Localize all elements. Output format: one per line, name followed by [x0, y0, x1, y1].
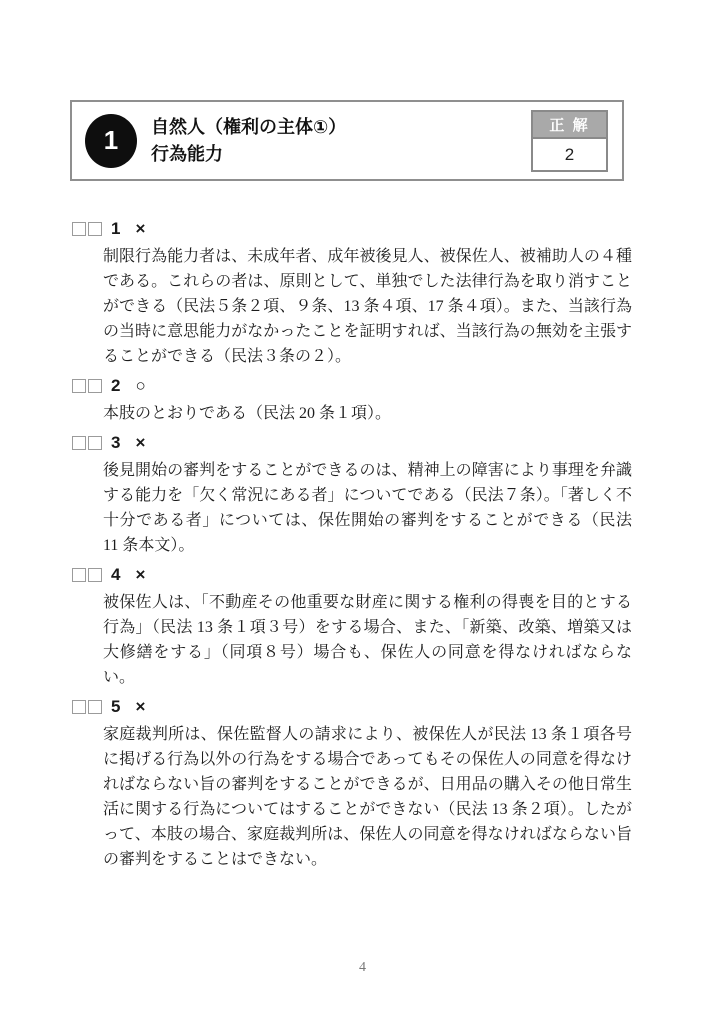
chapter-title-line2: 行為能力 [151, 141, 346, 168]
progress-checkbox[interactable] [88, 700, 102, 714]
progress-checkbox[interactable] [88, 568, 102, 582]
answer-mark: × [135, 219, 145, 239]
explanation-text: 家庭裁判所は、保佐監督人の請求により、被保佐人が民法 13 条１項各号に掲げる行… [103, 722, 632, 872]
progress-checkbox[interactable] [88, 436, 102, 450]
question-item-head: 2 ○ [72, 376, 632, 396]
question-number: 1 [111, 219, 120, 239]
document-page: 1 自然人（権利の主体①） 行為能力 正 解 2 1 × 制限行為能力者は、未成… [0, 0, 725, 1024]
chapter-title-line1: 自然人（権利の主体①） [151, 114, 346, 141]
question-item-head: 5 × [72, 697, 632, 717]
explanation-text: 被保佐人は、「不動産その他重要な財産に関する権利の得喪を目的とする行為」（民法 … [103, 590, 632, 690]
progress-checkbox[interactable] [72, 436, 86, 450]
progress-checkbox[interactable] [72, 700, 86, 714]
question-item-5: 5 × 家庭裁判所は、保佐監督人の請求により、被保佐人が民法 13 条１項各号に… [72, 697, 632, 872]
explanation-text: 本肢のとおりである（民法 20 条１項）。 [103, 401, 632, 426]
chapter-header: 1 自然人（権利の主体①） 行為能力 正 解 2 [70, 100, 624, 181]
question-item-4: 4 × 被保佐人は、「不動産その他重要な財産に関する権利の得喪を目的とする行為」… [72, 565, 632, 690]
progress-checkbox[interactable] [88, 222, 102, 236]
progress-checkbox[interactable] [88, 379, 102, 393]
question-item-2: 2 ○ 本肢のとおりである（民法 20 条１項）。 [72, 376, 632, 426]
question-item-list: 1 × 制限行為能力者は、未成年者、成年被後見人、被保佐人、被補助人の４種である… [72, 219, 632, 879]
chapter-title: 自然人（権利の主体①） 行為能力 [151, 114, 346, 168]
correct-answer-label: 正 解 [533, 112, 606, 139]
answer-mark: × [135, 565, 145, 585]
question-number: 4 [111, 565, 120, 585]
question-number: 3 [111, 433, 120, 453]
question-item-1: 1 × 制限行為能力者は、未成年者、成年被後見人、被保佐人、被補助人の４種である… [72, 219, 632, 369]
answer-mark: ○ [135, 376, 145, 396]
question-item-head: 1 × [72, 219, 632, 239]
chapter-number: 1 [104, 125, 118, 156]
progress-checkbox[interactable] [72, 568, 86, 582]
question-item-head: 3 × [72, 433, 632, 453]
page-number: 4 [0, 960, 725, 976]
answer-mark: × [135, 433, 145, 453]
correct-answer-value: 2 [533, 139, 606, 170]
question-number: 5 [111, 697, 120, 717]
explanation-text: 後見開始の審判をすることができるのは、精神上の障害により事理を弁識する能力を「欠… [103, 458, 632, 558]
progress-checkbox[interactable] [72, 222, 86, 236]
correct-answer-box: 正 解 2 [531, 110, 608, 172]
question-number: 2 [111, 376, 120, 396]
explanation-text: 制限行為能力者は、未成年者、成年被後見人、被保佐人、被補助人の４種である。これら… [103, 244, 632, 369]
question-item-3: 3 × 後見開始の審判をすることができるのは、精神上の障害により事理を弁識する能… [72, 433, 632, 558]
question-item-head: 4 × [72, 565, 632, 585]
progress-checkbox[interactable] [72, 379, 86, 393]
chapter-number-badge: 1 [85, 114, 137, 168]
answer-mark: × [135, 697, 145, 717]
